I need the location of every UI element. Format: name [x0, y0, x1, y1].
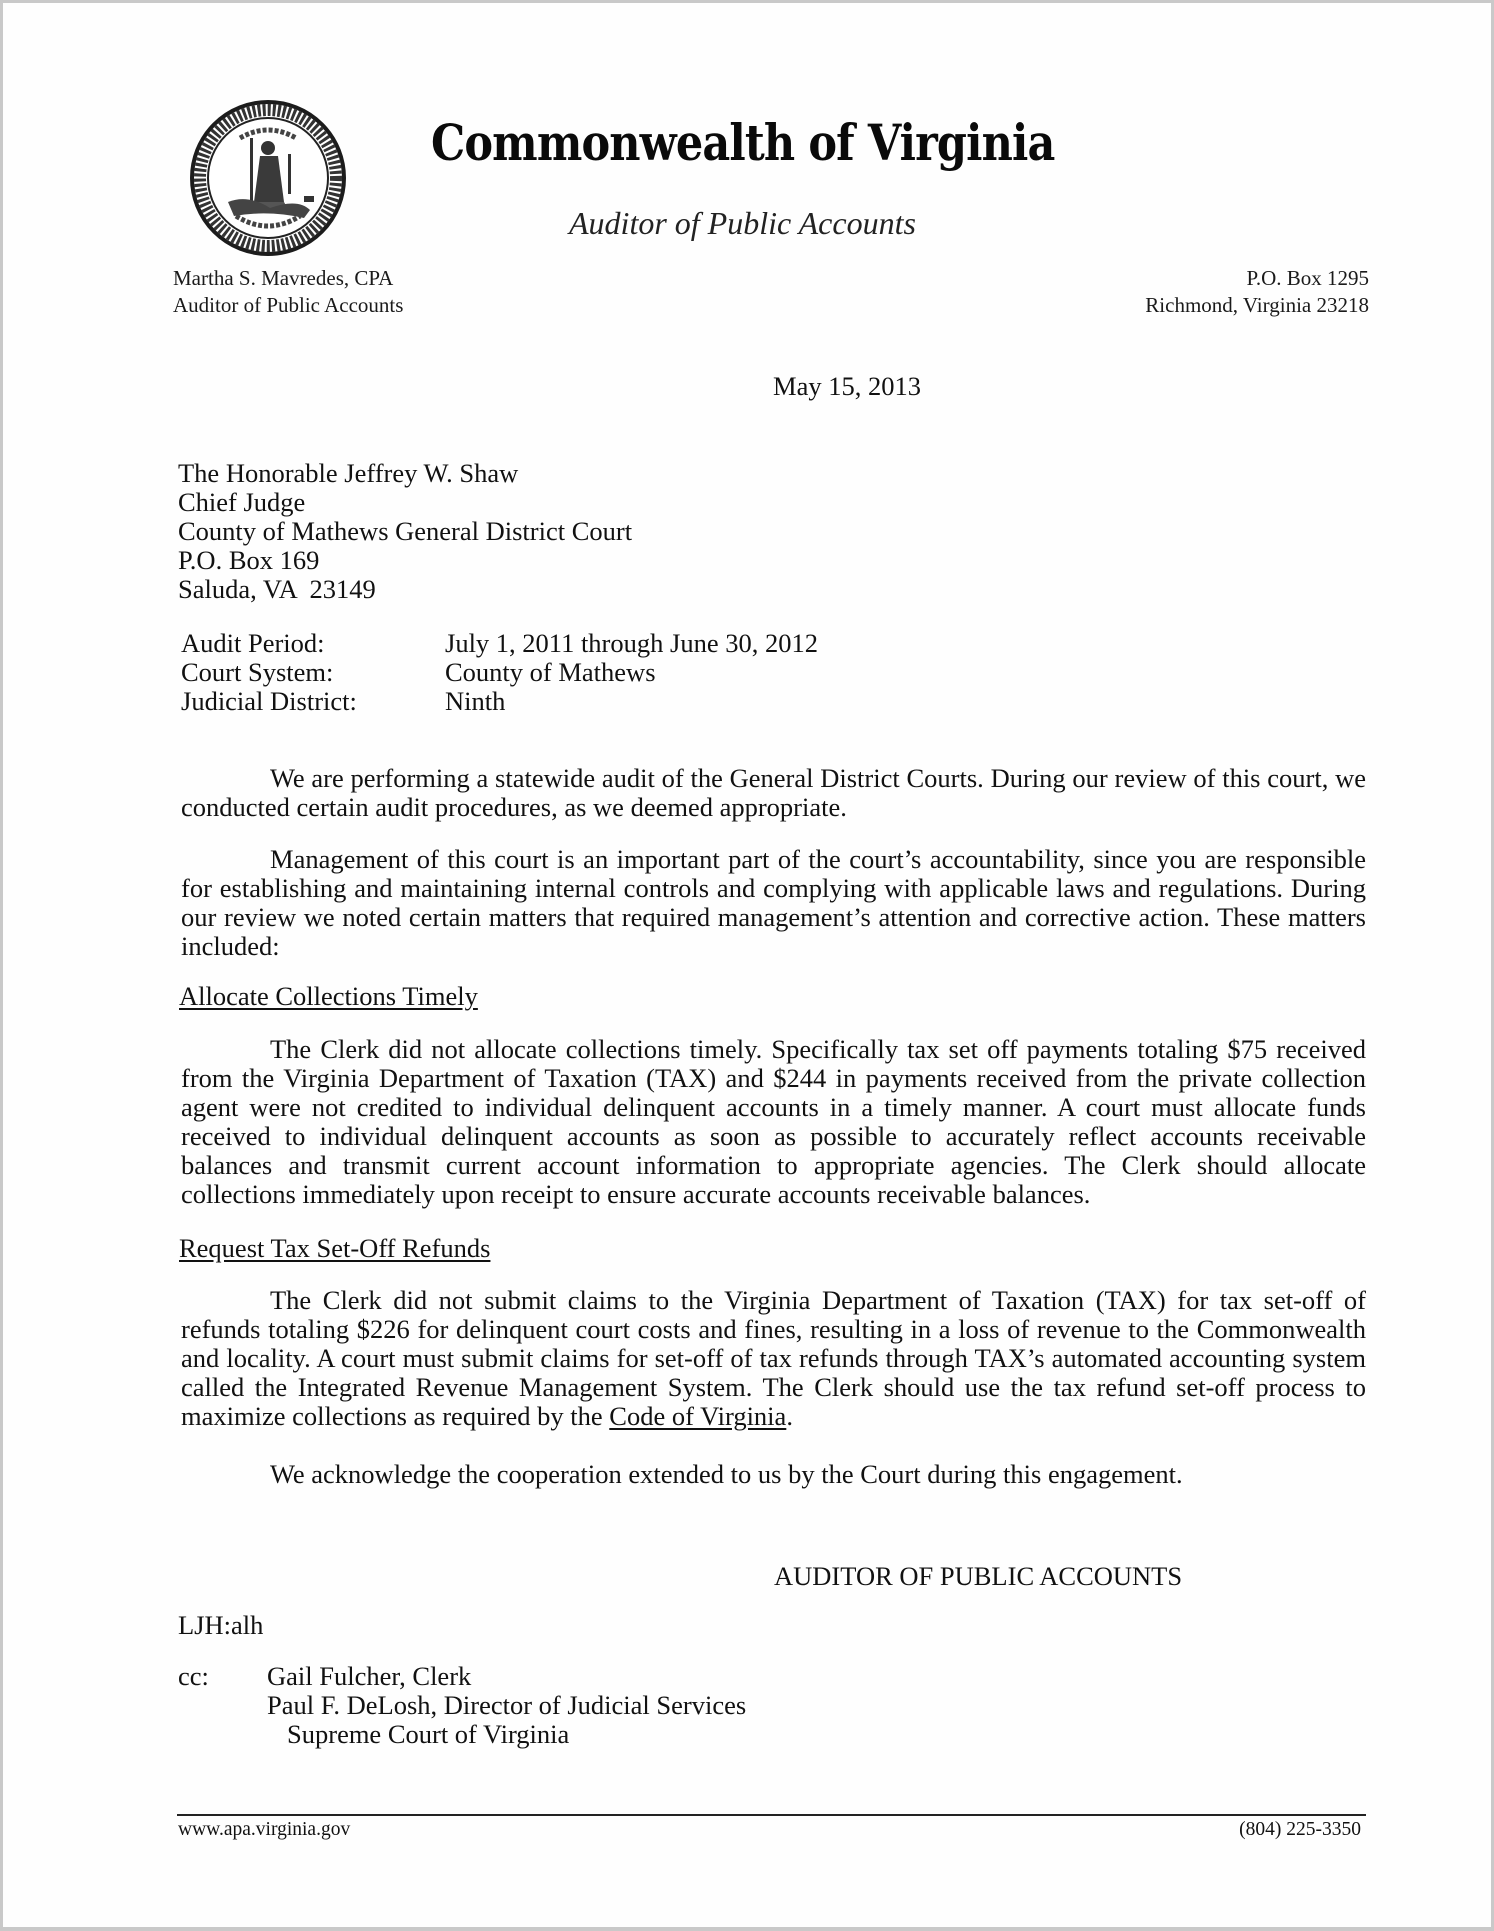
audit-period-label: Audit Period:	[181, 629, 325, 658]
sender-title: Auditor of Public Accounts	[173, 292, 403, 319]
recipient-line: Saluda, VA 23149	[178, 575, 632, 604]
cc-recipient: Paul F. DeLosh, Director of Judicial Ser…	[267, 1691, 746, 1720]
sender-address-line1: P.O. Box 1295	[1246, 265, 1369, 292]
court-system-value: County of Mathews	[445, 658, 656, 687]
footer-divider	[177, 1814, 1366, 1816]
judicial-district-label: Judicial District:	[181, 687, 357, 716]
letterhead-title: Commonwealth of Virginia	[431, 111, 1005, 175]
footer-phone: (804) 225-3350	[1239, 1818, 1361, 1842]
footer-website[interactable]: www.apa.virginia.gov	[178, 1818, 350, 1842]
sender-name: Martha S. Mavredes, CPA	[173, 265, 393, 292]
sender-address-line2: Richmond, Virginia 23218	[1145, 292, 1369, 319]
letter-date: May 15, 2013	[773, 372, 921, 401]
cc-recipient: Gail Fulcher, Clerk	[267, 1662, 471, 1691]
court-system-label: Court System:	[181, 658, 333, 687]
virginia-seal-icon	[188, 98, 348, 258]
recipient-line: The Honorable Jeffrey W. Shaw	[178, 459, 632, 488]
management-paragraph: Management of this court is an important…	[181, 845, 1366, 961]
typist-initials: LJH:alh	[178, 1611, 263, 1640]
finding-text-tax-setoff: The Clerk did not submit claims to the V…	[181, 1286, 1366, 1431]
finding-text-end: .	[786, 1401, 793, 1431]
judicial-district-value: Ninth	[445, 687, 505, 716]
closing-paragraph: We acknowledge the cooperation extended …	[181, 1460, 1366, 1489]
finding-text-allocate: The Clerk did not allocate collections t…	[181, 1035, 1366, 1209]
recipient-line: P.O. Box 169	[178, 546, 632, 575]
signature-block: AUDITOR OF PUBLIC ACCOUNTS	[774, 1562, 1182, 1591]
finding-heading-tax-setoff: Request Tax Set-Off Refunds	[179, 1234, 490, 1263]
intro-paragraph: We are performing a statewide audit of t…	[181, 764, 1366, 822]
letterhead-subtitle: Auditor of Public Accounts	[569, 203, 916, 243]
finding-heading-allocate: Allocate Collections Timely	[179, 982, 478, 1011]
cc-recipient-sub: Supreme Court of Virginia	[287, 1720, 569, 1749]
recipient-line: County of Mathews General District Court	[178, 517, 632, 546]
cc-label: cc:	[178, 1662, 209, 1691]
code-of-virginia-link[interactable]: Code of Virginia	[609, 1401, 786, 1431]
letter-page: Commonwealth of Virginia Auditor of Publ…	[3, 3, 1491, 1927]
audit-info: Audit Period: July 1, 2011 through June …	[3, 629, 1003, 719]
recipient-address: The Honorable Jeffrey W. Shaw Chief Judg…	[178, 459, 632, 604]
audit-period-value: July 1, 2011 through June 30, 2012	[445, 629, 818, 658]
recipient-line: Chief Judge	[178, 488, 632, 517]
